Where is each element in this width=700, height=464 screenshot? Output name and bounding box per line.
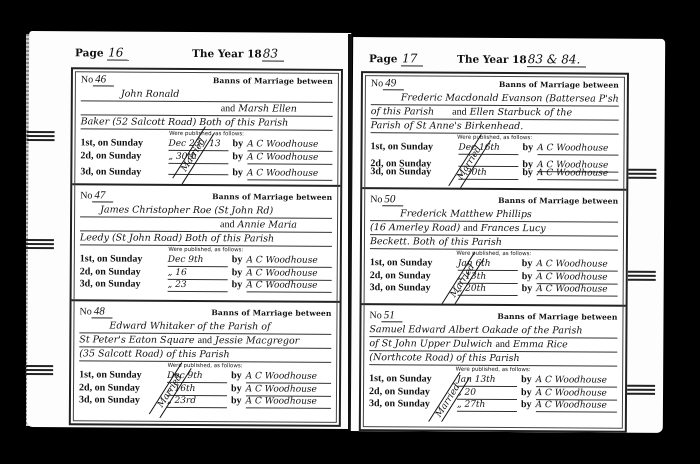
entry-number: No48 [79, 305, 112, 317]
banns-register-table: No46 Banns of Marriage between John Rona… [69, 67, 343, 427]
year-header: The Year 1883 & 84. [457, 52, 586, 67]
year-label: The Year 18 [192, 48, 262, 60]
banns-heading: Banns of Marriage between [498, 196, 618, 206]
residence-line: (35 Salcott Road) of this Parish [79, 347, 331, 363]
banns-register-table: No49 Banns of Marriage between Frederic … [359, 71, 629, 433]
groom-name: Samuel Edward Albert Oakade of the Paris… [369, 323, 617, 339]
banns-heading: Banns of Marriage between [499, 80, 619, 90]
groom-name: Edward Whitaker of the Parish of [79, 319, 331, 335]
residence-line: Parish of St Anne's Birkenhead. [371, 119, 619, 135]
bride-line: and Annie Maria [80, 217, 332, 233]
entry-number: No46 [81, 73, 114, 85]
banns-heading: Banns of Marriage between [212, 192, 332, 202]
publication-row-3: 3d, on Sunday„ 23rdbyA C Woodhouse [79, 394, 331, 408]
margin-rule-marks [25, 365, 53, 377]
bride-line: St Peter's Eaton Square and Jessie Macgr… [79, 333, 331, 349]
year-header: The Year 1883 [192, 46, 284, 61]
banns-entry: No51 Banns of Marriage between Samuel Ed… [361, 305, 626, 423]
publication-row-3: 3d, on Sunday„ 30thbyA C Woodhouse [370, 166, 618, 180]
publication-row-3: 3d, on Sunday„ 20thbyA C Woodhouse [370, 282, 618, 296]
banns-heading: Banns of Marriage between [497, 312, 617, 322]
year-value: 83 & 84. [527, 52, 587, 67]
publication-row-1: 1st, on SundayDec 16thbyA C Woodhouse [370, 141, 618, 155]
year-value: 83 [262, 46, 284, 61]
groom-name: Frederick Matthew Phillips [370, 207, 618, 223]
left-page: Page 16 The Year 1883 No46 Banns of Marr… [27, 31, 351, 429]
banns-entry: No49 Banns of Marriage between Frederic … [362, 73, 627, 191]
page-number-header: Page 16 [75, 45, 129, 59]
year-label: The Year 18 [457, 54, 527, 66]
publication-row-3: 3d, on SundaybyA C Woodhouse [80, 162, 332, 176]
bride-line: and Marsh Ellen [81, 101, 333, 117]
banns-entry: No48 Banns of Marriage between Edward Wh… [71, 301, 340, 419]
margin-rule-marks [627, 385, 655, 397]
entry-number: No47 [80, 189, 113, 201]
margin-rule-marks [628, 169, 656, 181]
banns-entry: No47 Banns of Marriage between James Chr… [72, 185, 341, 303]
entry-number: No49 [371, 77, 404, 89]
banns-heading: Banns of Marriage between [213, 76, 333, 86]
banns-entry: No50 Banns of Marriage between Frederick… [362, 189, 627, 307]
bride-line: of this Parish and Ellen Starbuck of the [371, 105, 619, 121]
groom-name: John Ronald [81, 87, 333, 103]
banns-heading: Banns of Marriage between [211, 308, 331, 318]
groom-name: James Christopher Roe (St John Rd) [80, 203, 332, 219]
entry-number: No51 [369, 309, 402, 321]
publication-row-3: 3d, on Sunday„ 23byA C Woodhouse [80, 278, 332, 292]
page-number: 16 [107, 45, 129, 60]
residence-line: Leedy (St John Road) Both of this Parish [80, 231, 332, 247]
groom-name: Frederic Macdonald Evanson (Battersea P'… [371, 91, 619, 107]
margin-rule-marks [27, 131, 55, 143]
bride-line: (16 Amerley Road) and Frances Lucy [370, 221, 618, 237]
page-number-header: Page 17 [369, 51, 423, 65]
page-number: 17 [401, 51, 423, 66]
page-label: Page [75, 47, 104, 59]
entry-number: No50 [370, 193, 403, 205]
margin-rule-marks [628, 271, 656, 283]
bride-line: of St John Upper Dulwich and Emma Rice [369, 337, 617, 353]
banns-entry: No46 Banns of Marriage between John Rona… [72, 69, 341, 187]
publication-row-3: 3d, on Sunday„ 27thbyA C Woodhouse [369, 398, 617, 412]
page-label: Page [369, 53, 398, 65]
publication-row-2: 2d, on Sunday„ 30thbyA C Woodhouse [80, 150, 332, 164]
residence-line: Beckett. Both of this Parish [370, 235, 618, 251]
residence-line: (Northcote Road) of this Parish [369, 351, 617, 367]
margin-rule-marks [26, 239, 54, 251]
right-page: Page 17 The Year 1883 & 84. No49 Banns o… [351, 37, 665, 433]
